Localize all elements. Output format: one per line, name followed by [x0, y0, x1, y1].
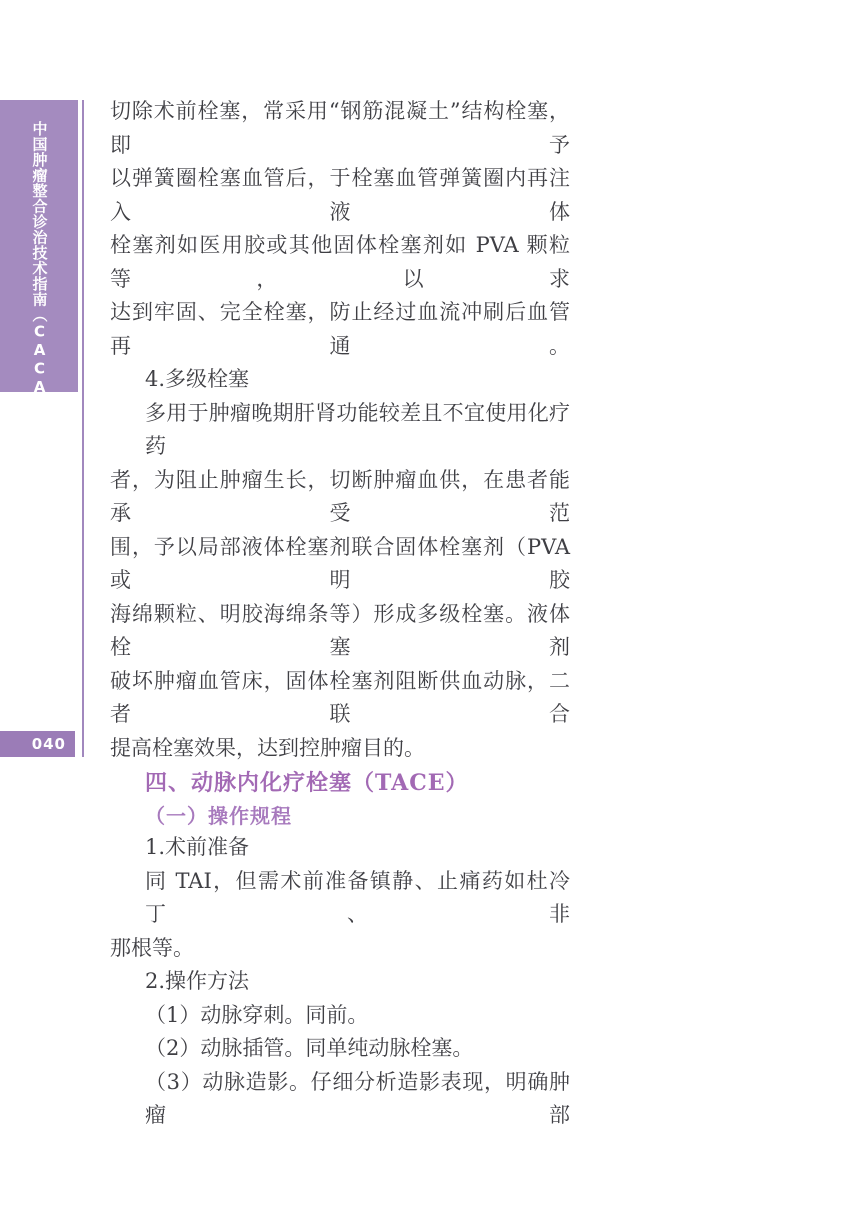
book-page: 中国肿瘤整合诊治技术指南（CACA） 040 切除术前栓塞，常采用“钢筋混凝土”… [0, 0, 867, 1218]
list-item-heading: 1.术前准备 [110, 831, 570, 865]
text-column: 切除术前栓塞，常采用“钢筋混凝土”结构栓塞，即予 以弹簧圈栓塞血管后，于栓塞血管… [110, 95, 570, 1133]
section-heading: 四、动脉内化疗栓塞（TACE） [110, 765, 570, 801]
text-line: 多用于肿瘤晚期肝肾功能较差且不宜使用化疗药 [110, 397, 570, 464]
subsection-heading: （一）操作规程 [110, 801, 570, 831]
text-line: 提高栓塞效果，达到控肿瘤目的。 [110, 732, 570, 766]
list-item-heading: 4.多级栓塞 [110, 363, 570, 397]
sidebar-banner: 中国肿瘤整合诊治技术指南（CACA） [0, 100, 78, 392]
page-number-badge: 040 [0, 731, 75, 757]
text-line: 栓塞剂如医用胶或其他固体栓塞剂如 PVA 颗粒等，以求 [110, 229, 570, 296]
text-line: 围，予以局部液体栓塞剂联合固体栓塞剂（PVA或明胶 [110, 531, 570, 598]
list-item-heading: 2.操作方法 [110, 965, 570, 999]
text-line: 者，为阻止肿瘤生长，切断肿瘤血供，在患者能承受范 [110, 464, 570, 531]
numbered-item: （1）动脉穿刺。同前。 [110, 999, 570, 1033]
text-line: 海绵颗粒、明胶海绵条等）形成多级栓塞。液体栓塞剂 [110, 598, 570, 665]
text-line: 达到牢固、完全栓塞，防止经过血流冲刷后血管再通。 [110, 296, 570, 363]
text-line: 破坏肿瘤血管床，固体栓塞剂阻断供血动脉，二者联合 [110, 665, 570, 732]
numbered-item: （2）动脉插管。同单纯动脉栓塞。 [110, 1032, 570, 1066]
sidebar-book-title: 中国肿瘤整合诊治技术指南（CACA） [31, 121, 48, 384]
numbered-item: （3）动脉造影。仔细分析造影表现，明确肿瘤部 [110, 1066, 570, 1133]
text-line: 切除术前栓塞，常采用“钢筋混凝土”结构栓塞，即予 [110, 95, 570, 162]
text-line: 那根等。 [110, 932, 570, 966]
text-line: 以弹簧圈栓塞血管后，于栓塞血管弹簧圈内再注入液体 [110, 162, 570, 229]
text-line: 同 TAI，但需术前准备镇静、止痛药如杜冷丁、非 [110, 865, 570, 932]
vertical-rule [82, 100, 84, 757]
